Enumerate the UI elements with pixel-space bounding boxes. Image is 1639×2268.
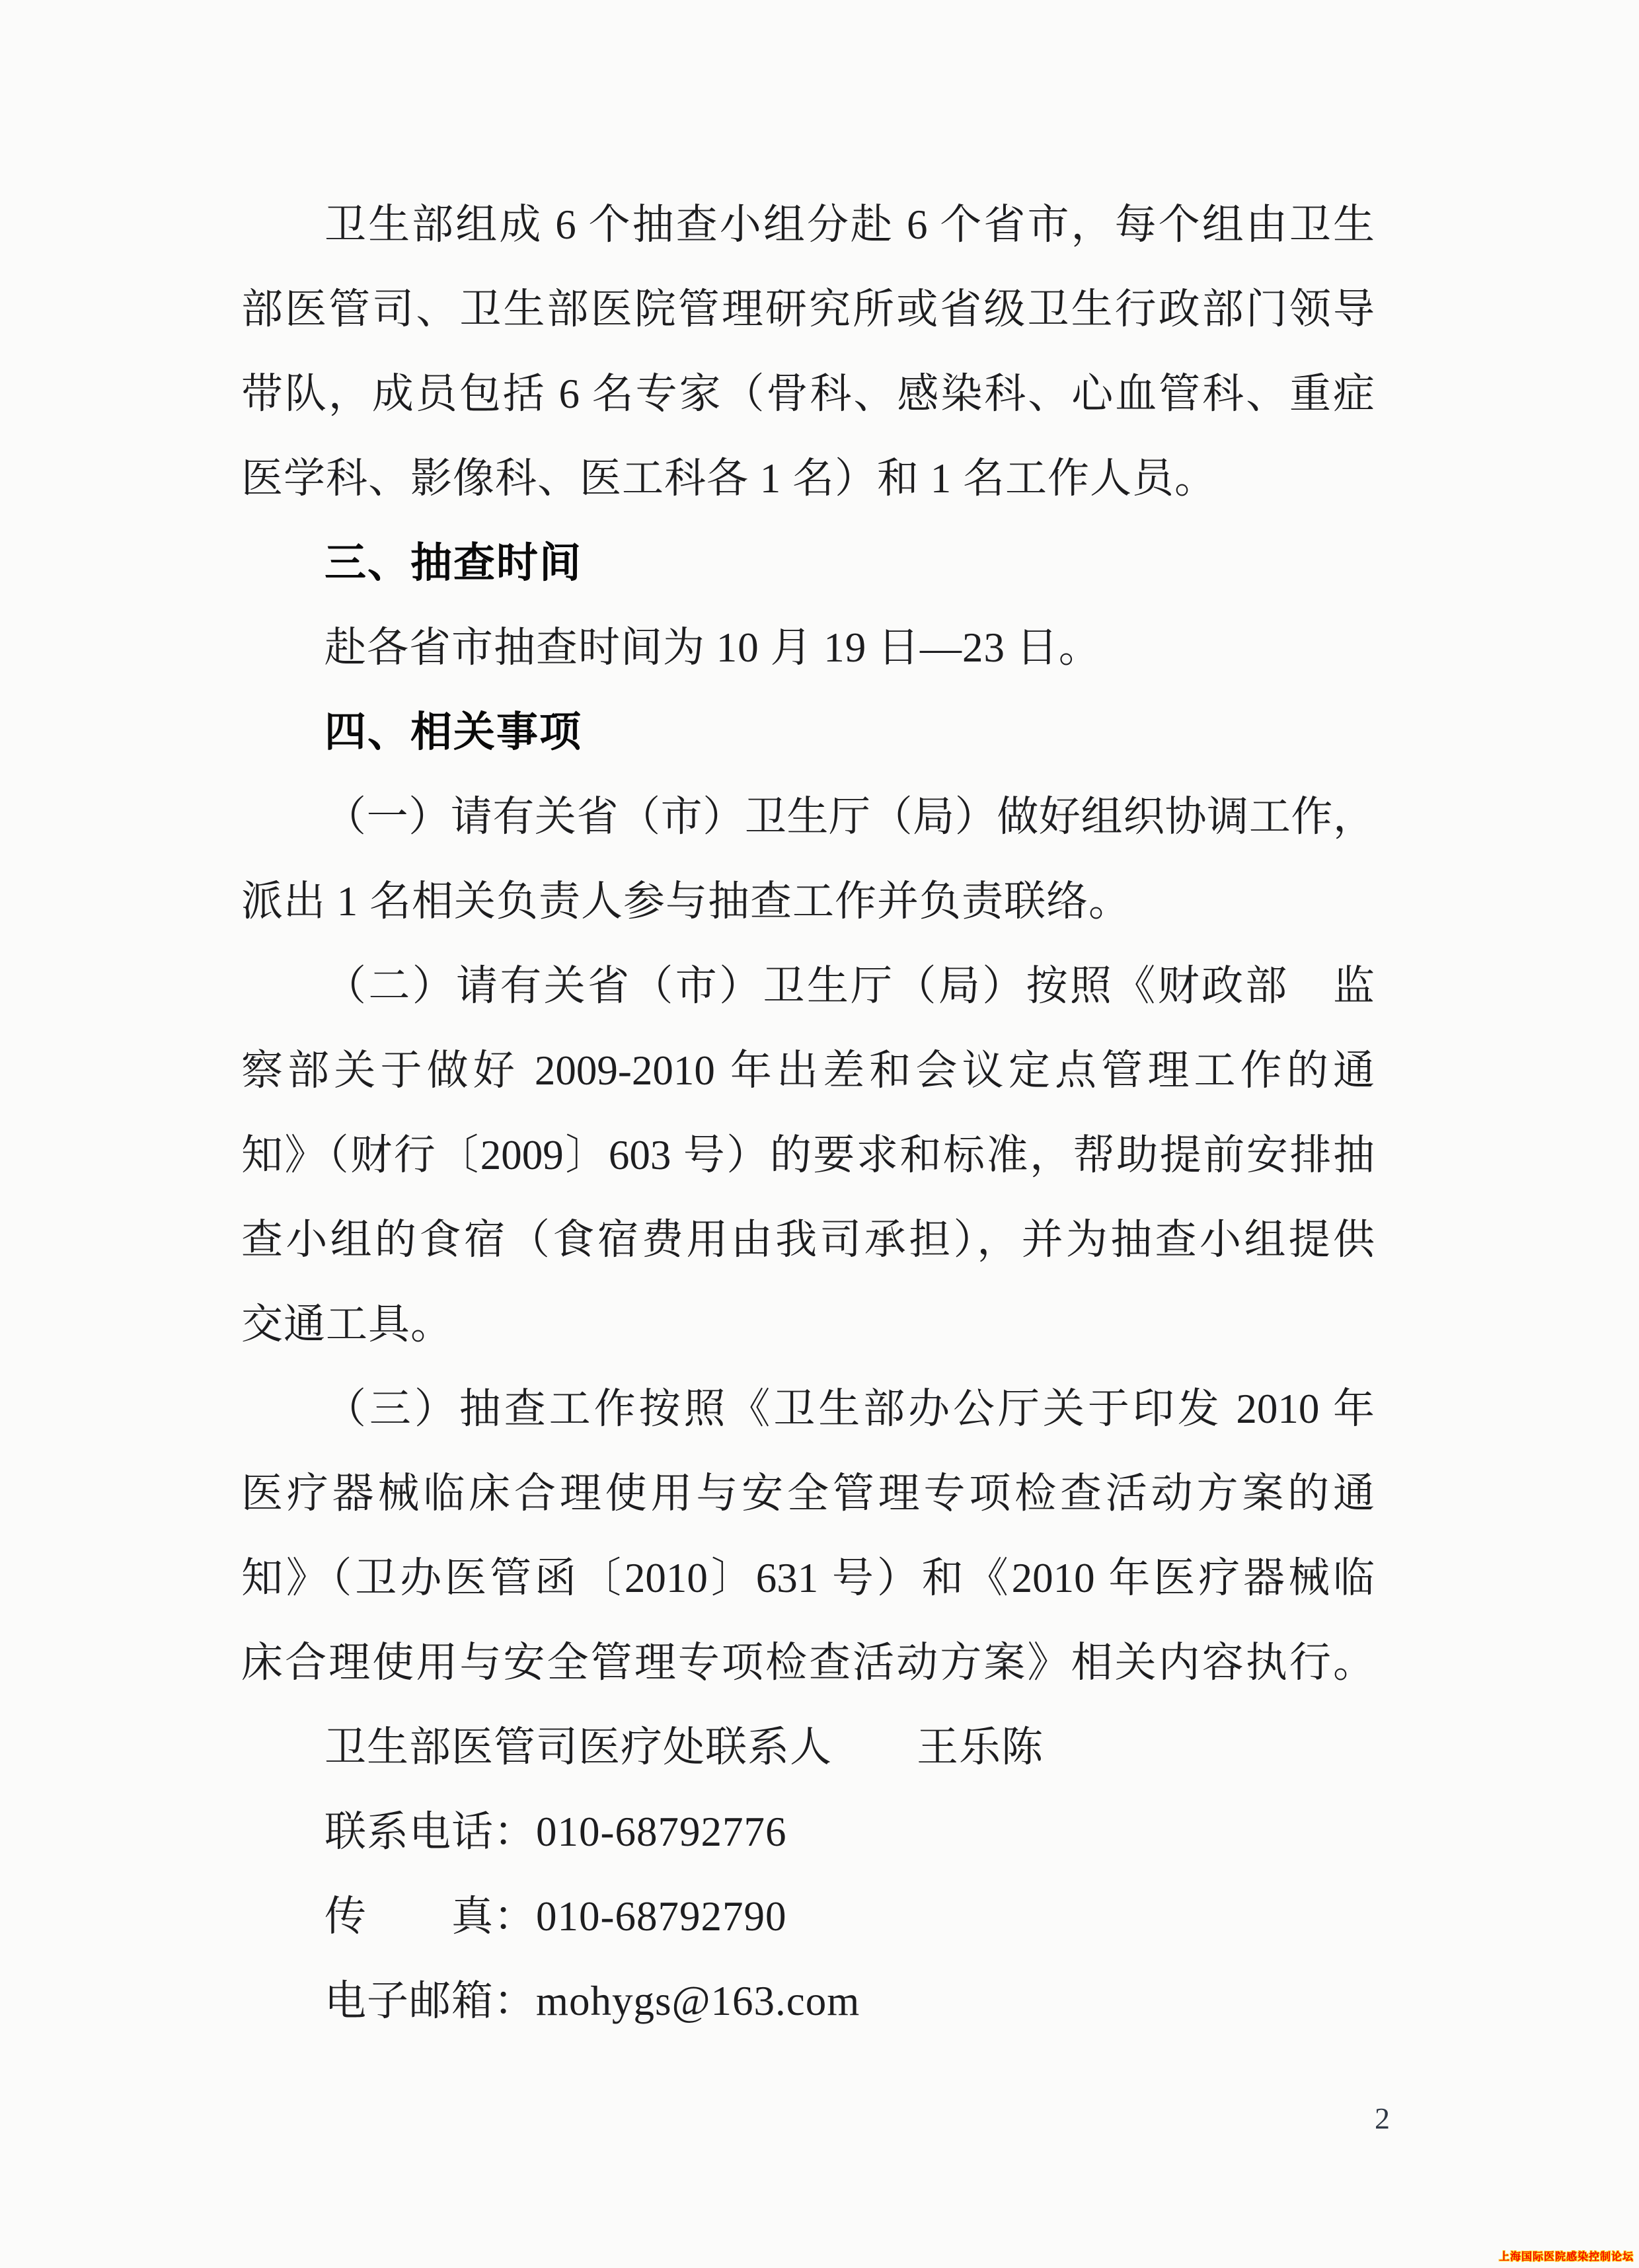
text-line: （一）请有关省（市）卫生厅（局）做好组织协调工作， bbox=[241, 775, 1375, 859]
text-line: 察部关于做好 2009-2010 年出差和会议定点管理工作的通 bbox=[241, 1028, 1375, 1113]
text-line: 交通工具。 bbox=[241, 1282, 1375, 1367]
text-line: 知》（财行〔2009〕603 号）的要求和标准，帮助提前安排抽 bbox=[241, 1113, 1375, 1197]
text-line: 传 真：010-68792790 bbox=[241, 1874, 1375, 1959]
text-line: 派出 1 名相关负责人参与抽查工作并负责联络。 bbox=[241, 859, 1375, 944]
text-line: （三）抽查工作按照《卫生部办公厅关于印发 2010 年 bbox=[241, 1367, 1375, 1451]
scanned-document-page: 卫生部组成 6 个抽查小组分赴 6 个省市，每个组由卫生部医管司、卫生部医院管理… bbox=[0, 0, 1639, 2268]
text-line: 床合理使用与安全管理专项检查活动方案》相关内容执行。 bbox=[241, 1620, 1375, 1705]
text-line: 医学科、影像科、医工科各 1 名）和 1 名工作人员。 bbox=[241, 436, 1375, 521]
text-line: （二）请有关省（市）卫生厅（局）按照《财政部 监 bbox=[241, 944, 1375, 1028]
text-line: 赴各省市抽查时间为 10 月 19 日—23 日。 bbox=[241, 605, 1375, 690]
page-number: 2 bbox=[1375, 2100, 1390, 2137]
text-line: 带队，成员包括 6 名专家（骨科、感染科、心血管科、重症 bbox=[241, 352, 1375, 436]
text-line: 卫生部医管司医疗处联系人 王乐陈 bbox=[241, 1705, 1375, 1790]
text-line: 医疗器械临床合理使用与安全管理专项检查活动方案的通 bbox=[241, 1451, 1375, 1536]
text-line: 电子邮箱：mohygs@163.com bbox=[241, 1959, 1375, 2043]
text-line: 卫生部组成 6 个抽查小组分赴 6 个省市，每个组由卫生 bbox=[241, 182, 1375, 267]
text-line: 知》（卫办医管函〔2010〕631 号）和《2010 年医疗器械临 bbox=[241, 1536, 1375, 1620]
text-line: 查小组的食宿（食宿费用由我司承担），并为抽查小组提供 bbox=[241, 1197, 1375, 1282]
section-heading: 三、抽查时间 bbox=[241, 521, 1375, 605]
text-line: 联系电话：010-68792776 bbox=[241, 1790, 1375, 1874]
section-heading: 四、相关事项 bbox=[241, 690, 1375, 775]
text-line: 部医管司、卫生部医院管理研究所或省级卫生行政部门领导 bbox=[241, 267, 1375, 352]
document-body: 卫生部组成 6 个抽查小组分赴 6 个省市，每个组由卫生部医管司、卫生部医院管理… bbox=[241, 182, 1375, 2043]
forum-watermark: 上海国际医院感染控制论坛 bbox=[1499, 2251, 1634, 2264]
